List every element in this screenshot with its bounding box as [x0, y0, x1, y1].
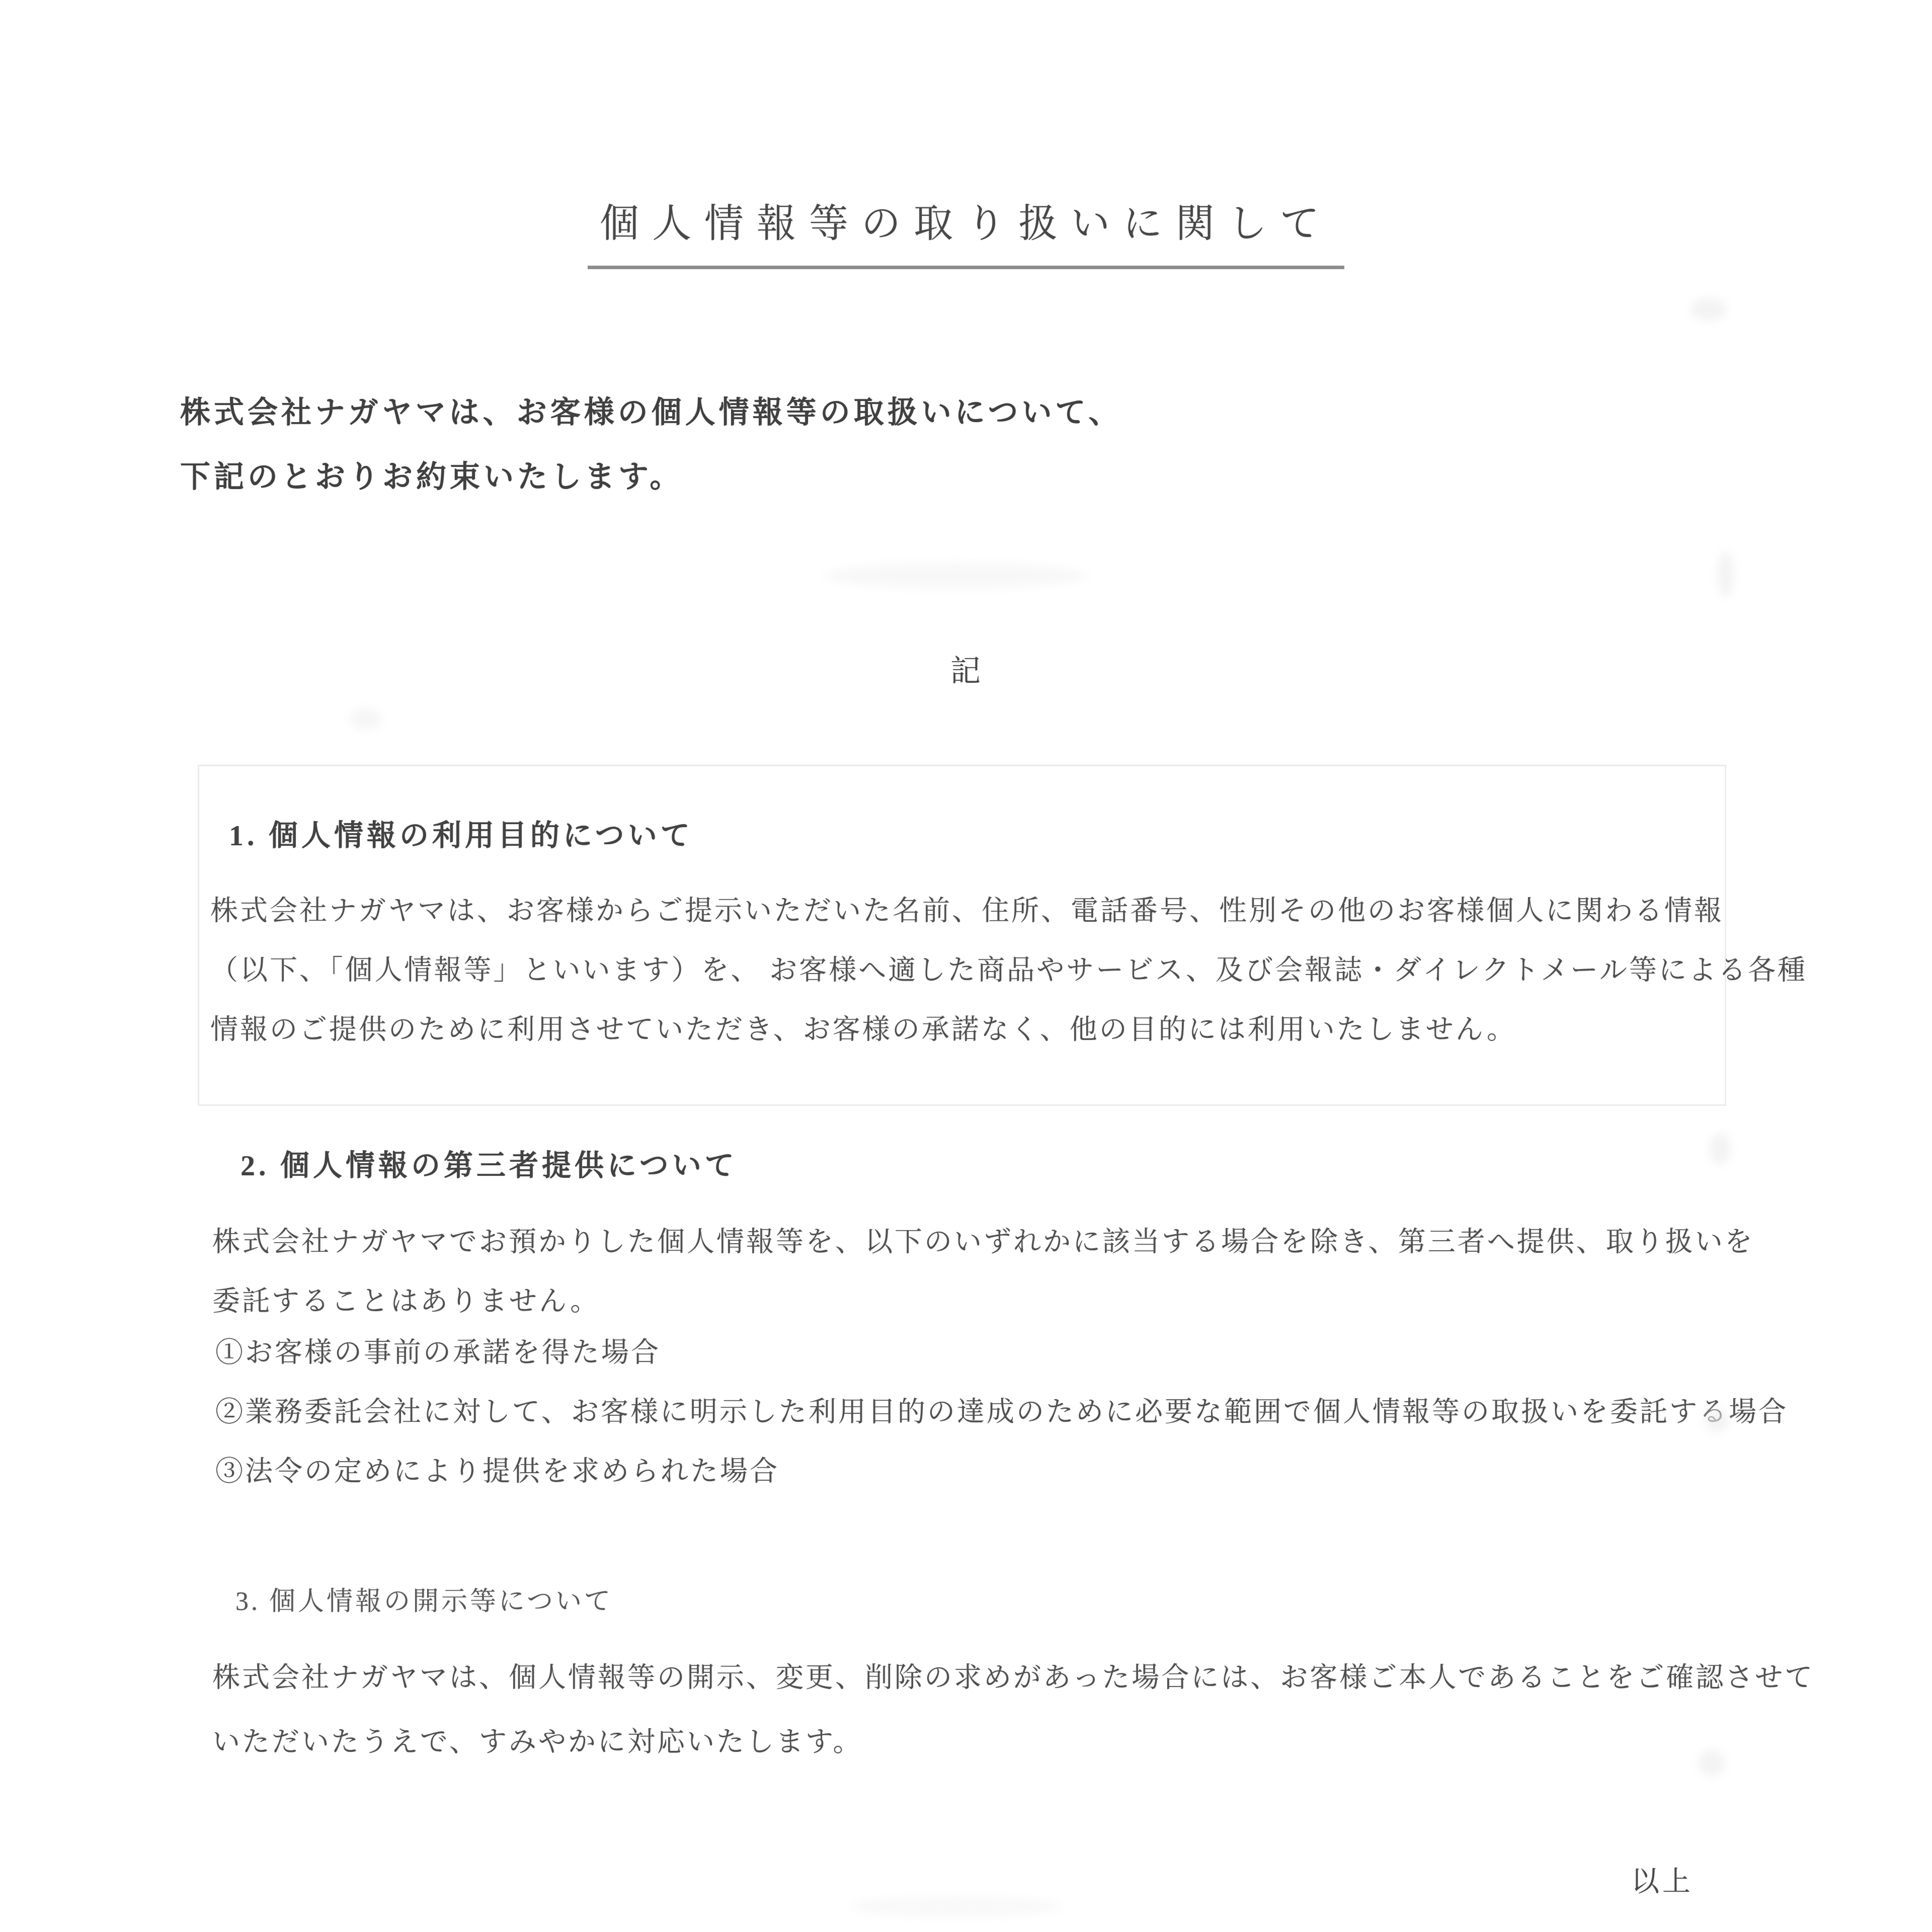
record-mark: 記: [0, 647, 1932, 690]
section-1-body-line-3: 情報のご提供のために利用させていただき、お客様の承諾なく、他の目的には利用いたし…: [210, 1015, 1516, 1043]
scan-artifact: [1710, 1133, 1731, 1164]
section-1-body-line-1: 株式会社ナガヤマは、お客様からご提示いただいた名前、住所、電話番号、性別その他の…: [210, 897, 1724, 924]
scanned-document-page: 個人情報等の取り扱いに関して 株式会社ナガヤマは、お客様の個人情報等の取扱いにつ…: [0, 0, 1932, 1932]
section-1-body-line-2: （以下、「個人情報等」といいます）を、 お客様へ適した商品やサービス、及び会報誌…: [210, 956, 1807, 984]
section-2-heading: 2. 個人情報の第三者提供について: [240, 1151, 738, 1180]
intro-line-2: 下記のとおりお約束いたします。: [180, 462, 683, 492]
section-2-item-2: ②業務委託会社に対して、お客様に明示した利用目的の達成のために必要な範囲で個人情…: [215, 1398, 1788, 1425]
closing-mark: 以上: [1631, 1868, 1694, 1896]
document-title-wrap: 個人情報等の取り扱いに関して: [0, 192, 1932, 269]
scan-artifact: [1699, 1750, 1725, 1776]
scan-artifact: [1705, 1409, 1729, 1432]
section-2-item-3: ③法令の定めにより提供を求められた場合: [215, 1457, 779, 1485]
intro-line-1: 株式会社ナガヤマは、お客様の個人情報等の取扱いについて、: [180, 397, 1122, 428]
scan-artifact: [825, 562, 1087, 589]
section-3-body-line-2: いただいたうえで、すみやかに対応いたします。: [212, 1728, 863, 1755]
section-2-body-line-1: 株式会社ナガヤマでお預かりした個人情報等を、以下のいずれかに該当する場合を除き、…: [212, 1228, 1754, 1255]
section-3-heading: 3. 個人情報の開示等について: [235, 1589, 613, 1615]
scan-artifact: [850, 1897, 1062, 1917]
section-2-item-1: ①お客様の事前の承諾を得た場合: [215, 1338, 661, 1366]
section-2-body-line-2: 委託することはありません。: [212, 1287, 600, 1315]
document-title: 個人情報等の取り扱いに関して: [588, 192, 1344, 269]
scan-artifact: [1691, 298, 1727, 321]
section-1-outline-box: [198, 765, 1726, 1106]
section-3-body-line-1: 株式会社ナガヤマは、個人情報等の開示、変更、削除の求めがあった場合には、お客様ご…: [212, 1663, 1814, 1691]
section-1-heading: 1. 個人情報の利用目的について: [229, 821, 693, 850]
scan-artifact: [1718, 551, 1734, 598]
scan-artifact: [350, 708, 382, 730]
